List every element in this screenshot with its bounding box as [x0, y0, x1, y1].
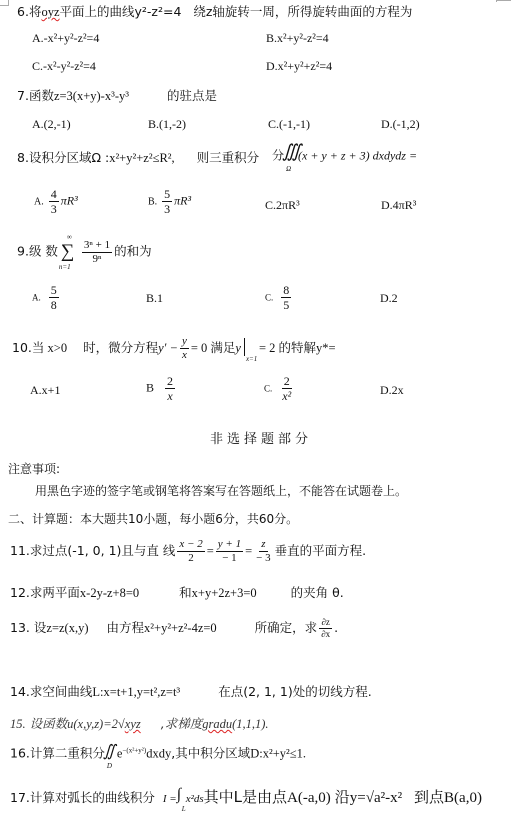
stem-text: 设积分区域Ω :: [29, 150, 109, 165]
equation: x²+y²+z²-4z=0: [144, 621, 217, 635]
stem-text: 函数: [29, 88, 54, 103]
question-10-option-c[interactable]: C. 2x²: [264, 375, 295, 402]
question-6-stem: 6.将oyz平面上的曲线y²-z²=4 绕z轴旋转一周，所得旋转曲面的方程为: [17, 2, 412, 20]
numerator: 4: [49, 188, 59, 202]
option-text: -x²-y²-z²=4: [43, 59, 96, 73]
question-9-option-b[interactable]: B.1: [146, 291, 163, 306]
option-label: A.: [32, 31, 44, 45]
curve-text: 平面上的曲线y²-z²=4: [60, 4, 182, 19]
integral-lhs: I =: [163, 793, 177, 805]
numerator: 8: [281, 284, 291, 298]
option-text: (-1,2): [393, 117, 420, 131]
integral-region: L: [182, 805, 186, 813]
period: .: [334, 620, 338, 635]
numerator: z: [259, 539, 267, 552]
evaluation-bar: x=1: [241, 339, 259, 359]
stem-text: 和: [179, 585, 192, 600]
question-8-option-d[interactable]: D.4πR³: [381, 198, 416, 213]
question-14: 14.求空间曲线L:x=t+1,y=t²,z=t³在点(2, 1, 1)处的切线…: [10, 682, 372, 700]
plane-name: oyz: [41, 5, 59, 19]
stem-text: 的驻点是: [167, 88, 217, 103]
option-label: A.: [32, 117, 44, 131]
integrand: x²ds: [186, 793, 204, 805]
section-heading: 非选择题部分: [210, 428, 312, 447]
option-label: D.: [266, 59, 278, 73]
stem-text: = 2 的特解y*=: [259, 341, 336, 355]
question-9-option-a[interactable]: A. 58: [32, 284, 61, 311]
stem-text: 求空间曲线: [30, 684, 93, 699]
stem-text: 设: [34, 620, 47, 635]
stem-text: ,其中积分区域: [171, 746, 250, 761]
option-label: B.: [148, 196, 157, 207]
question-7-option-a[interactable]: A.(2,-1): [32, 117, 71, 132]
denominator: 3: [162, 202, 172, 215]
question-number: 13.: [10, 620, 30, 635]
denominator: 3: [49, 202, 59, 215]
notice-title: 注意事项:: [8, 460, 60, 477]
question-6-option-a[interactable]: A.-x²+y²-z²=4: [32, 31, 99, 46]
question-number: 17.: [10, 790, 30, 805]
stem-text: 的夹角 θ.: [291, 585, 344, 600]
option-text: x+1: [42, 383, 61, 397]
region-definition: D:x²+y²≤1.: [250, 747, 306, 761]
stem-text: 其中L是由点: [204, 788, 287, 806]
question-9-stem: 9.级 数∑∞n=13ⁿ + 19ⁿ的和为: [17, 235, 152, 269]
condition-text: 当 x>0: [32, 341, 67, 355]
option-label: C.: [264, 383, 272, 393]
question-7-stem: 7.函数z=3(x+y)-x³-y³的驻点是: [17, 86, 217, 104]
denominator: 5: [281, 298, 291, 311]
option-label: C.: [268, 117, 279, 131]
exp-exponent: −(x²+y²): [122, 746, 146, 754]
denominator: 2: [186, 552, 196, 564]
integral-region: Ω: [286, 165, 291, 173]
stem-text: 计算对弧长的曲线积分: [30, 790, 155, 805]
stem-text: 求过点(-1, 0, 1)且与直 线: [30, 543, 176, 558]
question-10-option-a[interactable]: A.x+1: [30, 383, 60, 398]
point-b: B(a,0): [444, 790, 482, 806]
stem-text: 所确定，求: [255, 620, 318, 635]
fraction: 53: [162, 188, 172, 215]
option-label: B.: [146, 291, 157, 305]
summation-icon: ∑∞n=1: [58, 235, 80, 269]
option-label: A.: [32, 292, 41, 302]
denominator: 9ⁿ: [91, 253, 104, 265]
fraction: 85: [281, 284, 291, 311]
stem-text: 在点(2, 1, 1)处的切线方程.: [218, 684, 371, 699]
denominator: − 1: [220, 552, 238, 564]
line-integral-icon: ∫L: [177, 788, 186, 810]
question-16: 16.计算二重积分∬De−(x²+y²)dxdy,其中积分区域D:x²+y²≤1…: [10, 742, 306, 766]
region-expression: x²+y²+z²≤R²,: [109, 151, 174, 165]
numerator: 2: [282, 375, 292, 389]
stem-text: 沿: [335, 788, 350, 806]
option-text: -x²+y²-z²=4: [44, 31, 100, 45]
line-fraction-z: z− 3: [254, 539, 272, 564]
denominator: − 3: [254, 552, 272, 564]
question-number: 7.: [17, 88, 29, 103]
denominator: x: [165, 389, 174, 402]
question-10-option-b[interactable]: B 2x: [146, 375, 177, 402]
numerator: 5: [49, 284, 59, 298]
question-10-option-d[interactable]: D.2x: [380, 383, 404, 398]
question-number: 15.: [10, 717, 26, 731]
triple-integral-icon: ∭Ω: [284, 141, 298, 171]
option-text: 2: [392, 291, 398, 305]
question-15: 15. 设函数u(x,y,z)=2√xyz,求梯度gradu(1,1,1).: [10, 714, 269, 732]
question-number: 16.: [10, 746, 30, 761]
stem-text: 到点: [414, 788, 444, 806]
stem-text: 由方程: [107, 620, 145, 635]
option-text: x²+y²-z²=4: [277, 31, 329, 45]
sum-upper-limit: ∞: [67, 233, 72, 241]
option-label: B.: [148, 117, 159, 131]
stem-text: = 0 满足: [191, 341, 236, 355]
option-text: (2,-1): [44, 117, 71, 131]
option-label: C.: [265, 292, 273, 302]
option-text: 4πR³: [393, 198, 417, 212]
fraction: 58: [49, 284, 59, 311]
numerator: y + 1: [216, 539, 243, 552]
option-label: D.: [381, 198, 393, 212]
question-10-stem: 10.当 x>0时，微分方程y′ −yx= 0 满足yx=1= 2 的特解y*=: [12, 336, 336, 361]
question-6-option-d[interactable]: D.x²+y²+z²=4: [266, 59, 332, 74]
stem-text: 级 数: [29, 244, 58, 259]
denominator: x: [180, 349, 189, 361]
question-number: 9.: [17, 244, 29, 259]
numerator: 2: [165, 375, 175, 389]
option-text: πR³: [174, 193, 191, 207]
plane-2: x+y+2z+3=0: [192, 586, 257, 600]
question-number: 14.: [10, 684, 30, 699]
line-fraction-y: y + 1− 1: [216, 539, 243, 564]
option-text: x²+y²+z²=4: [278, 59, 332, 73]
option-label: C.: [265, 198, 276, 212]
stem-text: 设函数: [30, 716, 68, 731]
question-6-option-c[interactable]: C.-x²-y²-z²=4: [32, 59, 96, 74]
equals-sign: =: [245, 544, 252, 558]
question-number: 6.: [17, 4, 29, 19]
gradient-point: (1,1,1).: [232, 717, 268, 731]
differential: dxdy: [146, 747, 171, 761]
question-7-option-d[interactable]: D.(-1,2): [381, 117, 420, 132]
option-label: A.: [30, 383, 42, 397]
question-8-stem: 8.设积分区域Ω :x²+y²+z²≤R²,则三重积分: [17, 148, 259, 166]
gradient-term: gradu: [202, 717, 232, 731]
line-fraction-x: x − 22: [177, 539, 204, 564]
ode-lhs: y′ −: [158, 341, 178, 355]
stem-text: 垂直的平面方程.: [275, 543, 366, 558]
denominator: 8: [49, 298, 59, 311]
radicand: xyz: [125, 717, 141, 731]
function-expression: u(x,y,z)=2√: [67, 717, 125, 731]
question-number: 10.: [12, 340, 32, 355]
stem-text: 绕z轴旋转一周，所得旋转曲面的方程为: [193, 4, 412, 19]
option-text: (-1,-1): [279, 117, 310, 131]
question-6-option-b[interactable]: B.x²+y²-z²=4: [266, 31, 329, 46]
plane-1: x-2y-z+8=0: [80, 586, 139, 600]
option-label: D.: [380, 383, 392, 397]
question-8-option-c[interactable]: C.2πR³: [265, 198, 300, 213]
stem-text: 则三重积分: [197, 150, 260, 165]
option-label: A.: [34, 196, 44, 207]
integral-region: D: [107, 762, 112, 770]
question-number: 11.: [10, 543, 30, 558]
numerator: y: [180, 336, 189, 349]
point-a: A(-a,0): [287, 790, 331, 806]
question-number: 8.: [17, 150, 29, 165]
option-label: B: [146, 380, 154, 394]
stem-text: 将: [29, 4, 42, 19]
question-9-option-d[interactable]: D.2: [380, 291, 398, 306]
question-7-option-c[interactable]: C.(-1,-1): [268, 117, 310, 132]
fraction: 43: [49, 188, 59, 215]
question-13: 13. 设z=z(x,y)由方程x²+y²+z²-4z=0所确定，求∂z∂x.: [10, 618, 338, 639]
option-text: 1: [157, 291, 163, 305]
sum-lower-limit: n=1: [59, 263, 71, 271]
numerator: ∂z: [319, 618, 331, 629]
stem-text: 求两平面: [30, 585, 80, 600]
denominator: x²: [280, 389, 293, 402]
numerator: x − 2: [177, 539, 204, 552]
option-text: πR³: [61, 193, 78, 207]
option-text: (1,-2): [159, 117, 186, 131]
stem-text: 计算二重积分: [30, 746, 105, 761]
equals-sign: =: [207, 544, 214, 558]
stem-text: 时，微分方程: [83, 340, 158, 355]
ode-fraction: yx: [180, 336, 189, 361]
question-11: 11.求过点(-1, 0, 1)且与直 线x − 22=y + 1− 1=z− …: [10, 539, 366, 564]
numerator: 3ⁿ + 1: [82, 240, 112, 253]
option-label: B.: [266, 31, 277, 45]
option-label: D.: [381, 117, 393, 131]
integrand: (x + y + z + 3) dxdydz =: [298, 149, 417, 163]
option-text: 2πR³: [276, 198, 300, 212]
function-expression: z=3(x+y)-x³-y³: [54, 89, 129, 103]
part-title: 二、计算题：本大题共10小题，每小题6分，共60分。: [8, 510, 298, 527]
crop-mark-top-right: [496, 0, 511, 2]
numerator: 5: [162, 188, 172, 202]
curve-parametric: L:x=t+1,y=t²,z=t³: [92, 685, 180, 699]
question-8-option-a[interactable]: A. 43πR³: [34, 188, 78, 215]
notice-body: 用黑色字迹的签字笔或钢笔将答案写在答题纸上，不能答在试题卷上。: [35, 482, 407, 499]
question-12: 12.求两平面x-2y-z+8=0和x+y+2z+3=0的夹角 θ.: [10, 583, 344, 601]
option-label: C.: [32, 59, 43, 73]
fraction: 2x: [165, 375, 175, 402]
implicit-function: z=z(x,y): [46, 621, 88, 635]
partial-derivative: ∂z∂x: [319, 618, 332, 639]
question-7-option-b[interactable]: B.(1,-2): [148, 117, 186, 132]
option-label: D.: [380, 291, 392, 305]
double-integral-icon: ∬D: [105, 742, 117, 766]
crop-mark-top-left: [0, 0, 9, 6]
question-9-option-c[interactable]: C. 85: [265, 284, 293, 311]
eval-point: x=1: [246, 355, 257, 363]
question-17: 17.计算对弧长的曲线积分 I =∫Lx²ds其中L是由点A(-a,0) 沿y=…: [10, 786, 482, 810]
question-8-option-b[interactable]: B. 53πR³: [148, 188, 191, 215]
fraction: 2x²: [280, 375, 293, 402]
triple-integral: 分∭Ω(x + y + z + 3) dxdydz =: [272, 141, 417, 171]
series-term-fraction: 3ⁿ + 19ⁿ: [82, 240, 112, 265]
option-text: 2x: [392, 383, 404, 397]
path-curve: y=√a²-x²: [350, 790, 402, 806]
question-number: 12.: [10, 585, 30, 600]
stem-text: 的和为: [114, 244, 152, 259]
denominator: ∂x: [319, 629, 332, 639]
stem-text: ,求梯度: [161, 716, 202, 731]
